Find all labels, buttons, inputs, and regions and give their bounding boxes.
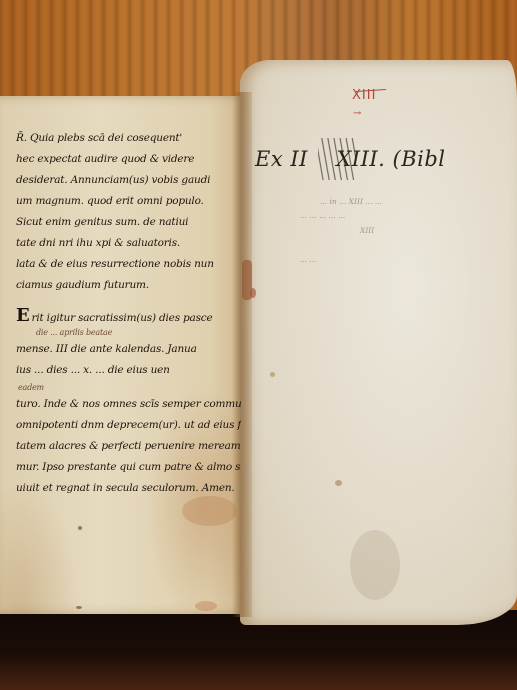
text-line: omnipotenti dnm deprecem(ur). ut ad eius… [16, 415, 241, 436]
text-line: Erit igitur sacratissim(us) dies pasce [16, 305, 241, 326]
text-line: hec expectat audire quod & videre [16, 149, 241, 170]
manuscript-text-paragraph-1: R̄. Quia plebs scā dei cosequent' hec ex… [16, 128, 241, 296]
text-line: um magnum. quod erit omni populo. [16, 191, 241, 212]
decorated-initial: E [16, 305, 30, 326]
text-line: turo. Inde & nos omnes scīs semper commu… [16, 394, 241, 415]
text-line: lata & de eius resurrectione nobis nun [16, 254, 241, 275]
interlinear-gloss: eadem [16, 381, 241, 394]
faint-pencil-note: ... ... ... ... ... [300, 211, 345, 220]
text-line: uiuit et regnat in secula seculorum. Ame… [16, 478, 241, 499]
text-line: mense. III die ante kalendas. Janua [16, 339, 241, 360]
text-line: mur. Ipso prestante qui cum patre & almo… [16, 457, 241, 478]
rubric-arrow-mark: → [353, 108, 361, 119]
shelfmark-prefix: Ex II [255, 147, 308, 171]
water-stain [195, 601, 217, 611]
text-line: tate dni nri ihu xpi & saluatoris. [16, 233, 241, 254]
text-line: tatem alacres & perfecti peruenire merea… [16, 436, 241, 457]
water-stain [350, 530, 400, 600]
right-page [240, 60, 517, 625]
foxing-spot [78, 526, 82, 530]
interlinear-gloss: die ... aprilis beatae [16, 326, 241, 339]
faint-pencil-note: ... ... [300, 255, 317, 264]
faint-pencil-note: XIII [360, 226, 374, 235]
struck-out-numeral [318, 138, 356, 180]
text-line: ciamus gaudium futurum. [16, 275, 241, 296]
text-line: desiderat. Annunciam(us) vobis gaudi [16, 170, 241, 191]
text-line: Sicut enim genitus sum. de natiui [16, 212, 241, 233]
manuscript-text-paragraph-2: Erit igitur sacratissim(us) dies pasce d… [16, 305, 241, 499]
rubric-folio-numeral: XIII [352, 88, 376, 103]
text-line: ius ... dies ... x. ... die eius uen [16, 360, 241, 381]
text-line: R̄. Quia plebs scā dei cosequent' [16, 128, 241, 149]
faint-pencil-note: ... in ... XIII ... ... [320, 197, 382, 206]
foxing-spot [335, 480, 342, 486]
water-stain [182, 496, 237, 526]
foxing-spot [76, 606, 82, 609]
foxing-spot [270, 372, 275, 377]
